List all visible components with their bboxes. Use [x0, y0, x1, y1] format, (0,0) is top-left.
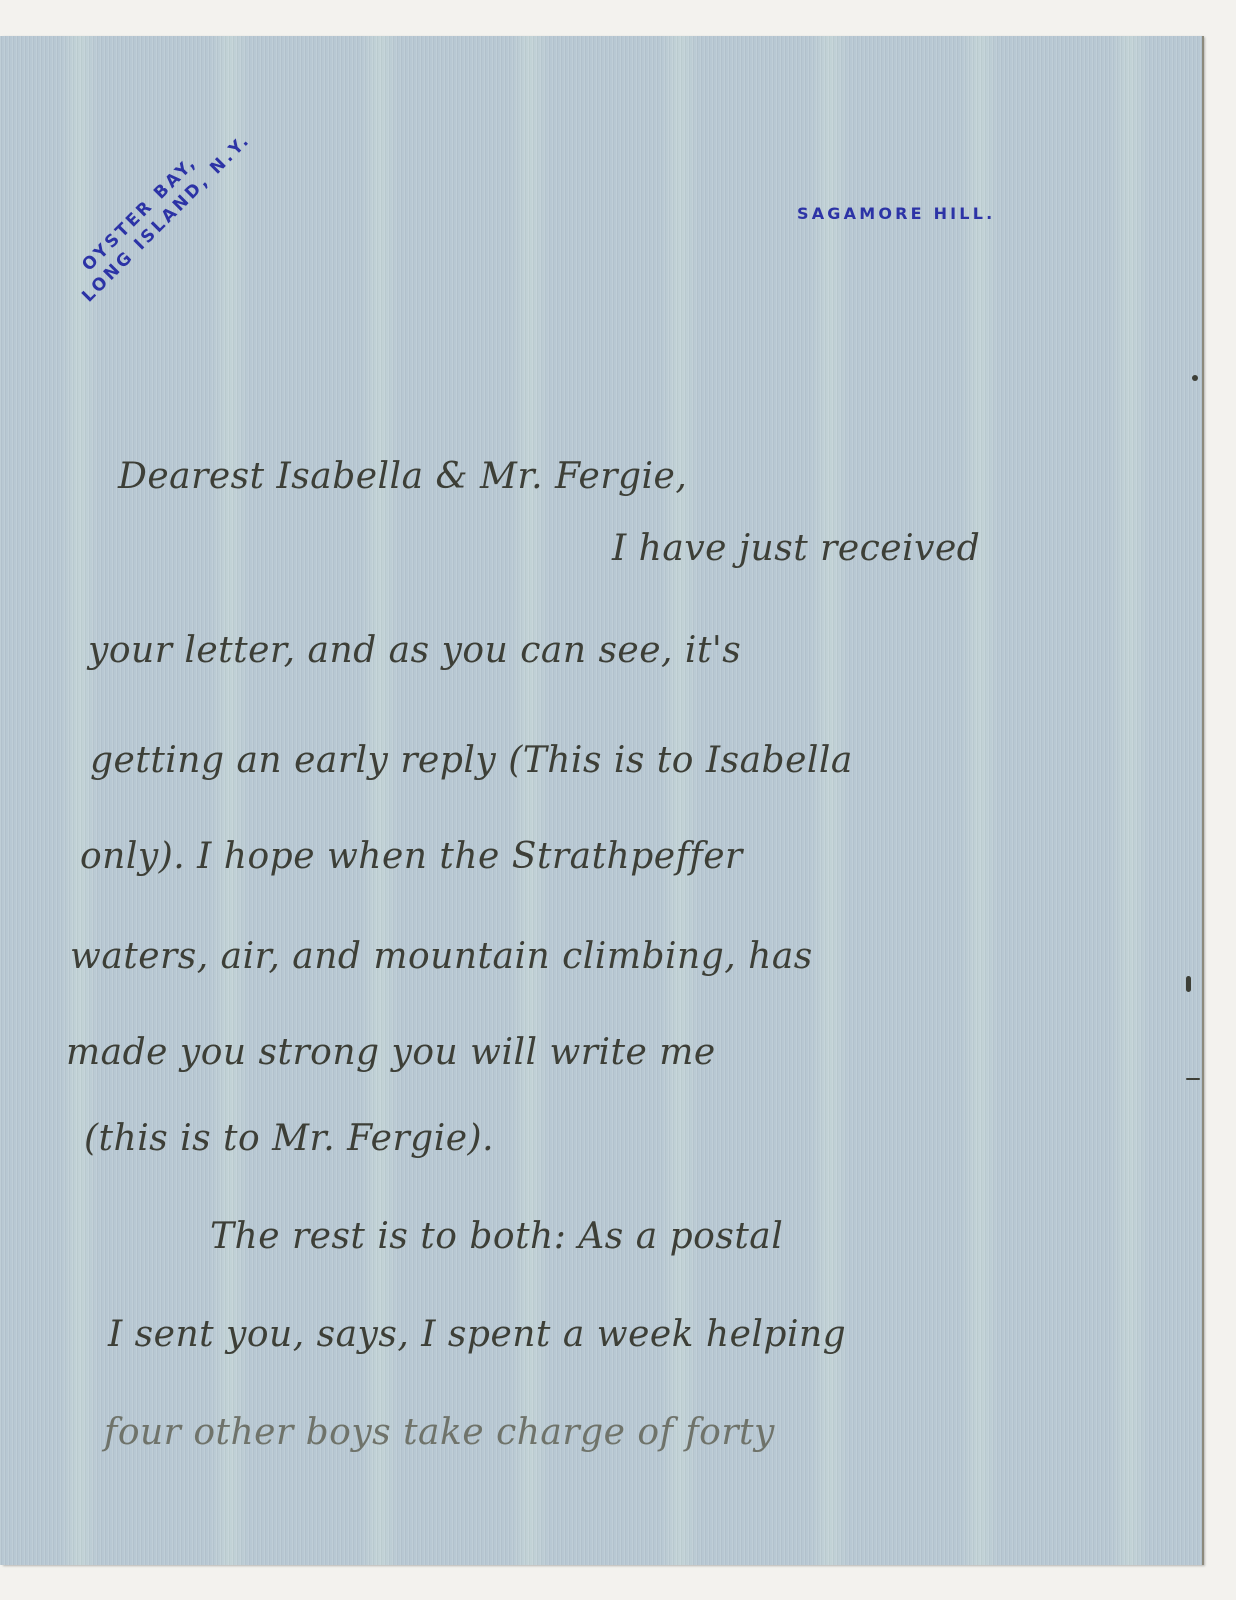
- ink-dash: [1186, 1078, 1200, 1080]
- letterhead-address-line1: OYSTER BAY,: [62, 114, 240, 292]
- letter-line-6: made you strong you will write me: [66, 1032, 716, 1073]
- letterhead-address-line2: LONG ISLAND, N.Y.: [78, 129, 256, 307]
- letter-line-4: only). I hope when the Strathpeffer: [80, 836, 743, 877]
- letter-line-3: getting an early reply (This is to Isabe…: [90, 740, 853, 781]
- letter-line-2: your letter, and as you can see, it's: [88, 630, 741, 671]
- letter-page: OYSTER BAY, LONG ISLAND, N.Y. SAGAMORE H…: [0, 36, 1202, 1565]
- letterhead-address: OYSTER BAY, LONG ISLAND, N.Y.: [62, 114, 256, 308]
- ink-spot: [1192, 375, 1198, 381]
- ink-mark: [1186, 976, 1191, 992]
- letter-line-1: I have just received: [612, 528, 980, 569]
- letterhead-estate-name: SAGAMORE HILL.: [797, 204, 995, 223]
- letter-line-5: waters, air, and mountain climbing, has: [70, 936, 813, 977]
- letter-line-7: (this is to Mr. Fergie).: [84, 1118, 494, 1159]
- letter-line-8: The rest is to both: As a postal: [210, 1216, 783, 1257]
- letter-salutation: Dearest Isabella & Mr. Fergie,: [118, 456, 687, 497]
- letter-line-10: four other boys take charge of forty: [104, 1412, 775, 1453]
- letter-line-9: I sent you, says, I spent a week helping: [108, 1314, 846, 1355]
